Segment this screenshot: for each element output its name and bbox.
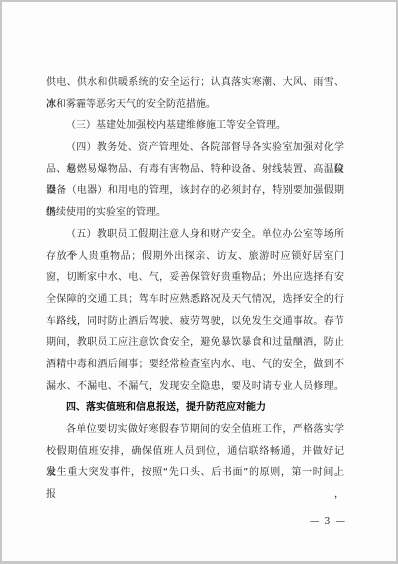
text-line: 酒精中毒和酒后闹事；要经常检查室内水、电、气的安全，做到不 — [46, 354, 344, 376]
text-line: 设备（电器）和用电的管理，该封存的必须封存，特别要加强假期仍 — [46, 180, 344, 202]
text-line: 各单位要切实做好寒假春节期间的安全值班工作，严格落实学 — [46, 419, 344, 441]
text-line: 全保障的交通工具；驾车时应熟悉路况及天气情况，选择安全的行 — [46, 289, 344, 311]
text-line: 冻和雾霾等恶劣天气的安全防范措施。 — [46, 94, 344, 116]
text-line: 发生重大突发事件，按照“先口头、后书面”的原则，第一时间上报， — [46, 462, 344, 484]
text-block: 供电、供水和供暖系统的安全运行；认真落实寒潮、大风、雨雪、冰 冻和雾霾等恶劣天气… — [46, 72, 344, 484]
text-line: 继续使用的实验室的管理。 — [46, 202, 344, 224]
text-line: 窗，切断家中水、电、气，妥善保管好贵重物品；外出应选择有安 — [46, 267, 344, 289]
text-line: 漏水、不漏电、不漏气，发现安全隐患，要及时请专业人员修理。 — [46, 376, 344, 398]
section-heading: 四、落实值班和信息报送，提升防范应对能力 — [46, 397, 344, 419]
text-line: （四）教务处、资产管理处、各院部督导各实验室加强对化学危险 — [46, 137, 344, 159]
text-line: 校假期值班安排，确保值班人员到位，通信联络畅通，并做好记录。 — [46, 441, 344, 463]
text-line: 供电、供水和供暖系统的安全运行；认真落实寒潮、大风、雨雪、冰 — [46, 72, 344, 94]
text-line: 存放个人贵重物品；假期外出探亲、访友、旅游时应锁好居室门 — [46, 246, 344, 268]
text-line: 品、易燃易爆物品、有毒有害物品、特种设备、射线装置、高温仪器 — [46, 159, 344, 181]
document-page: 供电、供水和供暖系统的安全运行；认真落实寒潮、大风、雨雪、冰 冻和雾霾等恶劣天气… — [0, 0, 398, 564]
text-line: （三）基建处加强校内基建维修施工等安全管理。 — [46, 115, 344, 137]
page-number: — 3 — — [310, 515, 346, 529]
text-line: 车路线，同时防止酒后驾驶、疲劳驾驶，以免发生交通事故。春节 — [46, 311, 344, 333]
text-line: 期间，教职员工应注意饮食安全，避免暴饮暴食和过量酗酒，防止 — [46, 332, 344, 354]
text-line: （五）教职员工假期注意人身和财产安全。单位办公室等场所不 — [46, 224, 344, 246]
